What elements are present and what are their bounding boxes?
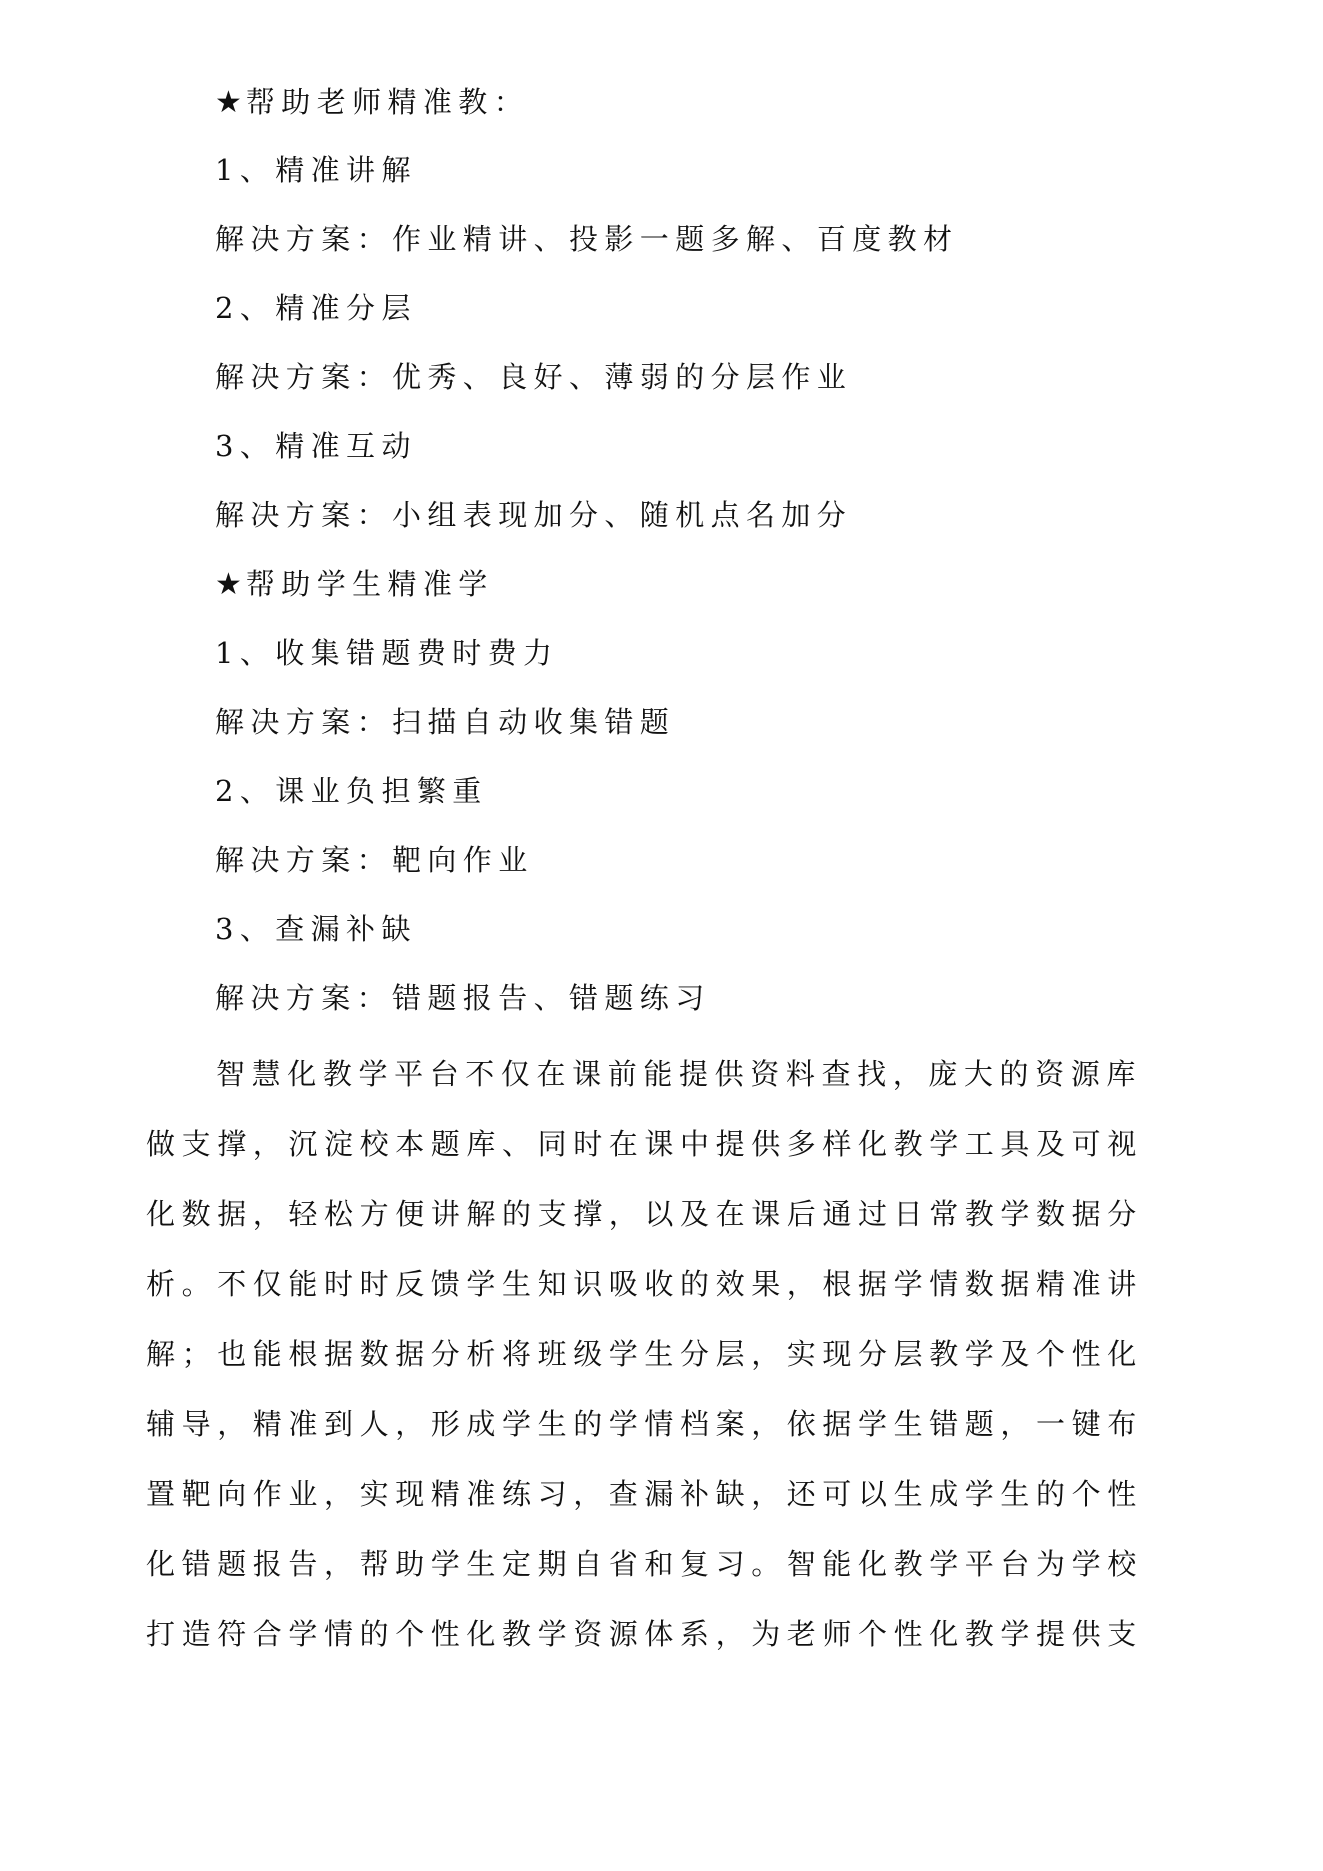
paragraph-line: 化错题报告，帮助学生定期自省和复习。智能化教学平台为学校 [146, 1544, 1142, 1614]
star-icon: ★ [215, 83, 242, 123]
paragraph-line: 打造符合学情的个性化教学资源体系，为老师个性化教学提供支 [146, 1614, 1142, 1684]
item-title: 1、收集错题费时费力 [215, 633, 558, 673]
section-heading-teacher: ★帮助老师精准教： [215, 82, 529, 123]
section-heading-text: 帮助老师精准教： [246, 85, 529, 119]
paragraph-line: 析。不仅能时时反馈学生知识吸收的效果，根据学情数据精准讲 [146, 1264, 1142, 1334]
item-title: 3、精准互动 [215, 426, 417, 466]
item-solution: 解决方案：优秀、良好、薄弱的分层作业 [215, 357, 852, 397]
paragraph-line: 置靶向作业，实现精准练习，查漏补缺，还可以生成学生的个性 [146, 1474, 1142, 1544]
item-title: 1、精准讲解 [215, 150, 417, 190]
item-solution: 解决方案：作业精讲、投影一题多解、百度教材 [215, 219, 958, 259]
paragraph-line: 化数据，轻松方便讲解的支撑，以及在课后通过日常教学数据分 [146, 1194, 1142, 1264]
item-title: 3、查漏补缺 [215, 909, 417, 949]
section-heading-text: 帮助学生精准学 [246, 567, 494, 601]
body-paragraph: 智慧化教学平台不仅在课前能提供资料查找，庞大的资源库 做支撑，沉淀校本题库、同时… [146, 1054, 1142, 1684]
star-icon: ★ [215, 565, 242, 605]
item-solution: 解决方案：扫描自动收集错题 [215, 702, 675, 742]
item-solution: 解决方案：小组表现加分、随机点名加分 [215, 495, 852, 535]
item-solution: 解决方案：靶向作业 [215, 840, 534, 880]
paragraph-line: 做支撑，沉淀校本题库、同时在课中提供多样化教学工具及可视 [146, 1124, 1142, 1194]
item-title: 2、课业负担繁重 [215, 771, 488, 811]
document-page: ★帮助老师精准教： 1、精准讲解 解决方案：作业精讲、投影一题多解、百度教材 2… [0, 0, 1323, 1871]
item-solution: 解决方案：错题报告、错题练习 [215, 978, 711, 1018]
section-heading-student: ★帮助学生精准学 [215, 564, 494, 605]
paragraph-line: 智慧化教学平台不仅在课前能提供资料查找，庞大的资源库 [146, 1054, 1142, 1124]
paragraph-line: 辅导，精准到人，形成学生的学情档案，依据学生错题，一键布 [146, 1404, 1142, 1474]
item-title: 2、精准分层 [215, 288, 417, 328]
paragraph-line: 解；也能根据数据分析将班级学生分层，实现分层教学及个性化 [146, 1334, 1142, 1404]
